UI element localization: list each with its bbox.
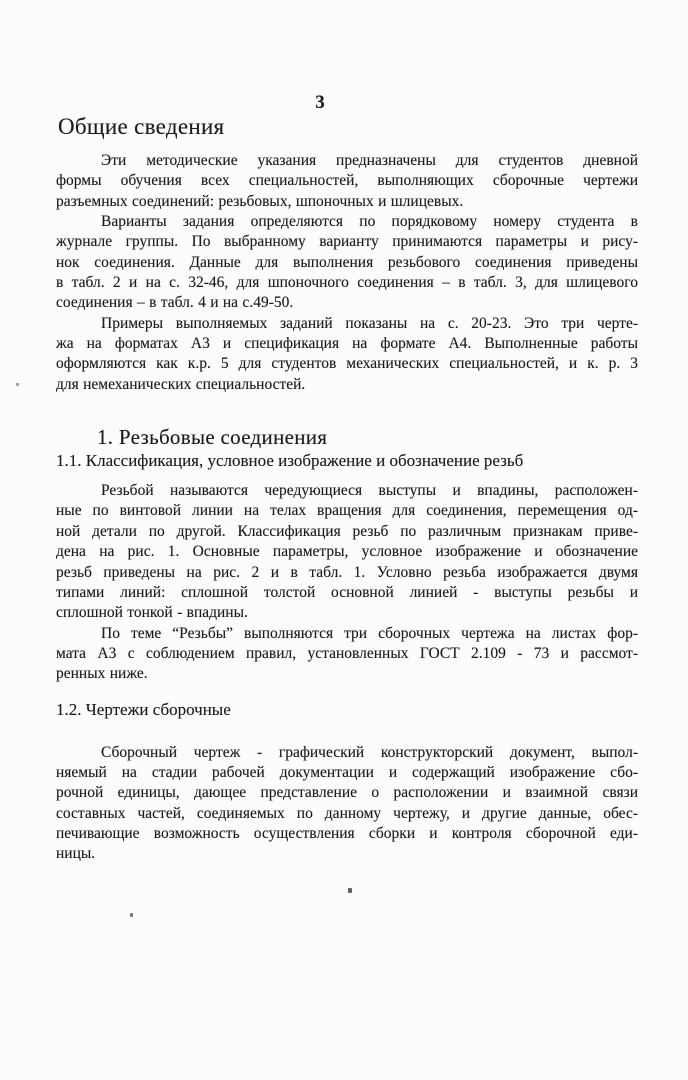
text-line: няемый на стадии рабочей документации и … bbox=[56, 763, 638, 783]
text-line: жа на форматах А3 и спецификация на форм… bbox=[56, 334, 638, 354]
text-line: для немеханических специальностей. bbox=[56, 375, 638, 395]
text-line: типами линий: сплошной толстой основной … bbox=[56, 583, 638, 603]
text-line: По теме “Резьбы” выполняются три сборочн… bbox=[56, 624, 638, 644]
paragraph-intro: Эти методические указания предназначены … bbox=[56, 151, 638, 212]
text-line: Резьбой называются чередующиеся выступы … bbox=[56, 481, 638, 501]
paragraph-variants: Варианты задания определяются по порядко… bbox=[56, 212, 638, 314]
text-line: Варианты задания определяются по порядко… bbox=[56, 212, 638, 232]
paragraph-theme-threads: По теме “Резьбы” выполняются три сборочн… bbox=[56, 624, 638, 685]
text-line: оформляются как к.р. 5 для студентов мех… bbox=[56, 354, 638, 374]
page-content: Общие сведения Эти методические указания… bbox=[56, 93, 638, 865]
heading-general-info: Общие сведения bbox=[58, 113, 638, 141]
paragraph-examples: Примеры выполняемых заданий показаны на … bbox=[56, 314, 638, 395]
text-line: резьб приведены на рис. 2 и в табл. 1. У… bbox=[56, 563, 638, 583]
subheading-assembly-drawings: 1.2. Чертежи сборочные bbox=[56, 699, 638, 721]
text-line: формы обучения всех специальностей, выпо… bbox=[56, 171, 638, 191]
text-line: дена на рис. 1. Основные параметры, усло… bbox=[56, 542, 638, 562]
text-line: разъемных соединений: резьбовых, шпоночн… bbox=[56, 192, 638, 212]
scanned-document-page: 3 Общие сведения Эти методические указан… bbox=[0, 0, 688, 1080]
scan-speck bbox=[348, 888, 352, 893]
paragraph-thread-definition: Резьбой называются чередующиеся выступы … bbox=[56, 481, 638, 623]
text-line: рочной единицы, дающее представление о р… bbox=[56, 783, 638, 803]
text-line: Сборочный чертеж - графический конструкт… bbox=[56, 743, 638, 763]
text-line: нок соединения. Данные для выполнения ре… bbox=[56, 253, 638, 273]
text-line: в табл. 2 и на с. 32-46, для шпоночного … bbox=[56, 273, 638, 293]
text-line: мата А3 с соблюдением правил, установлен… bbox=[56, 644, 638, 664]
text-line: ницы. bbox=[56, 844, 638, 864]
heading-threaded-joints: 1. Резьбовые соединения bbox=[56, 424, 638, 450]
subheading-classification: 1.1. Классификация, условное изображение… bbox=[56, 450, 638, 472]
text-line: сплошной тонкой - впадины. bbox=[56, 603, 638, 623]
text-line: журнале группы. По выбранному варианту п… bbox=[56, 232, 638, 252]
text-line: ные по винтовой линии на телах вращения … bbox=[56, 501, 638, 521]
text-line: составных частей, соединяемых по данному… bbox=[56, 804, 638, 824]
paragraph-assembly-definition: Сборочный чертеж - графический конструкт… bbox=[56, 743, 638, 865]
scan-speck bbox=[16, 383, 19, 386]
text-line: Эти методические указания предназначены … bbox=[56, 151, 638, 171]
text-line: ной детали по другой. Классификация резь… bbox=[56, 522, 638, 542]
text-line: ренных ниже. bbox=[56, 664, 638, 684]
text-line: печивающие возможность осуществления сбо… bbox=[56, 824, 638, 844]
text-line: соединения – в табл. 4 и на с.49-50. bbox=[56, 293, 638, 313]
scan-speck bbox=[130, 913, 133, 917]
text-line: Примеры выполняемых заданий показаны на … bbox=[56, 314, 638, 334]
